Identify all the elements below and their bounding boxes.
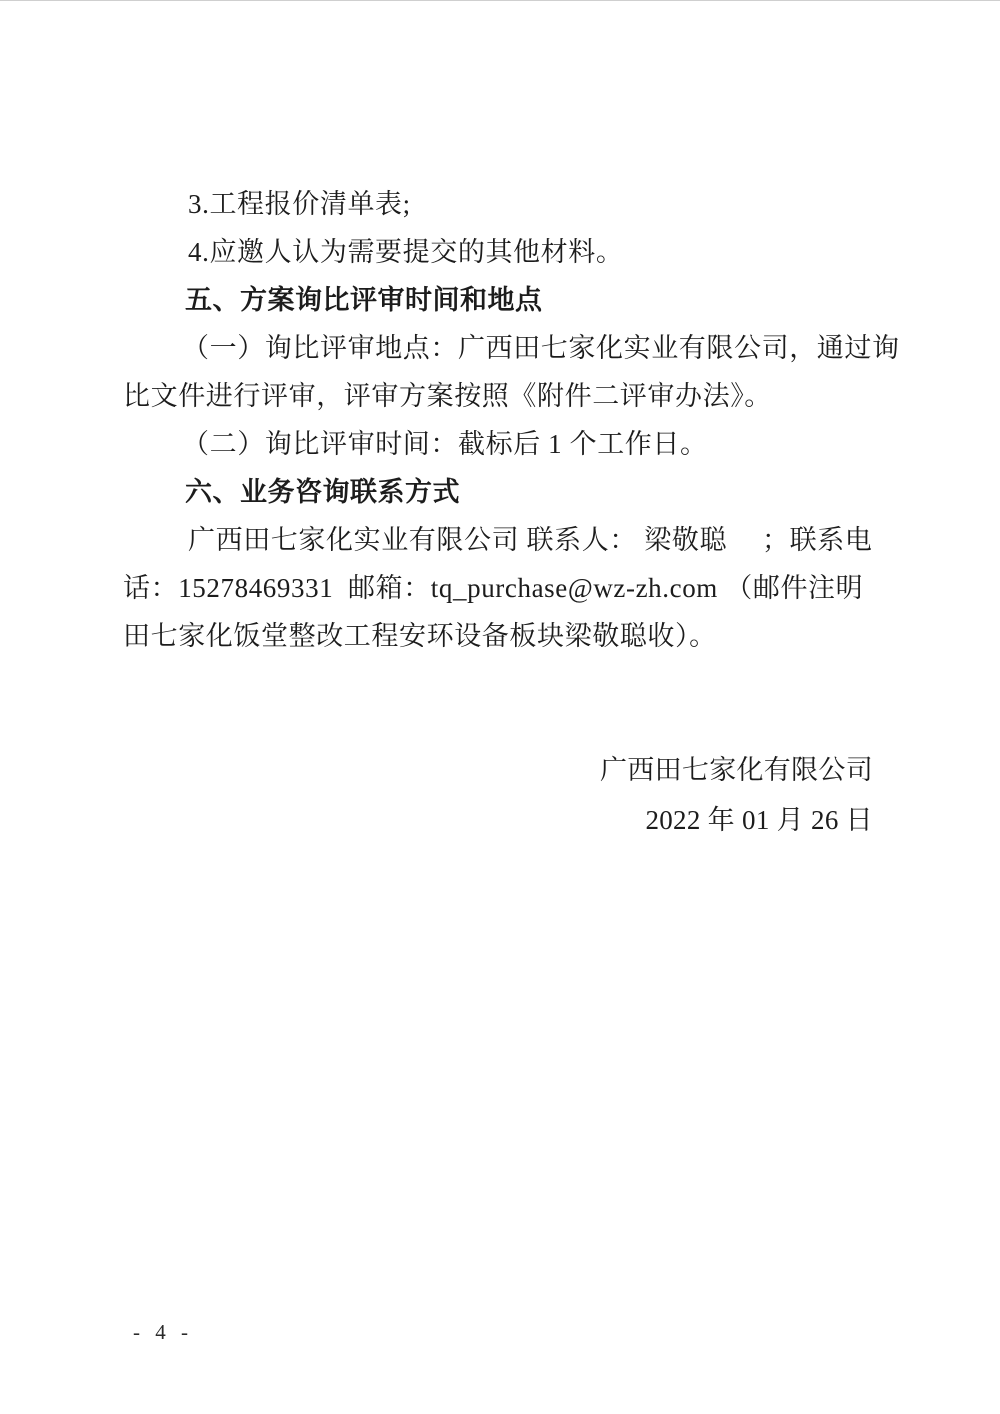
- signature-date: 2022 年 01 月 26 日: [600, 795, 873, 845]
- signature-block: 广西田七家化有限公司 2022 年 01 月 26 日: [600, 745, 873, 845]
- paragraph-line-mail-note: 田七家化饭堂整改工程安环设备板块梁敬聪收）。: [123, 612, 877, 660]
- list-item-4: 4.应邀人认为需要提交的其他材料。: [123, 228, 877, 276]
- document-page: 3.工程报价清单表; 4.应邀人认为需要提交的其他材料。 五、方案询比评审时间和…: [0, 0, 1000, 1414]
- document-body: 3.工程报价清单表; 4.应邀人认为需要提交的其他材料。 五、方案询比评审时间和…: [123, 180, 877, 660]
- paragraph-line-review-location: （一）询比评审地点：广西田七家化实业有限公司，通过询: [123, 324, 877, 372]
- paragraph-line-review-time: （二）询比评审时间：截标后 1 个工作日。: [123, 420, 877, 468]
- paragraph-line-review-method: 比文件进行评审，评审方案按照《附件二评审办法》。: [123, 372, 877, 420]
- signature-company: 广西田七家化有限公司: [600, 745, 873, 795]
- scan-edge-line: [0, 0, 1000, 1]
- page-number: - 4 -: [133, 1320, 193, 1345]
- section-heading-5: 五、方案询比评审时间和地点: [123, 276, 877, 324]
- paragraph-line-contact-phone-email: 话：15278469331 邮箱：tq_purchase@wz-zh.com （…: [123, 564, 877, 612]
- section-heading-6: 六、业务咨询联系方式: [123, 468, 877, 516]
- list-item-3: 3.工程报价清单表;: [123, 180, 877, 228]
- paragraph-line-contact-person: 广西田七家化实业有限公司 联系人： 梁敬聪 ；联系电: [123, 516, 877, 564]
